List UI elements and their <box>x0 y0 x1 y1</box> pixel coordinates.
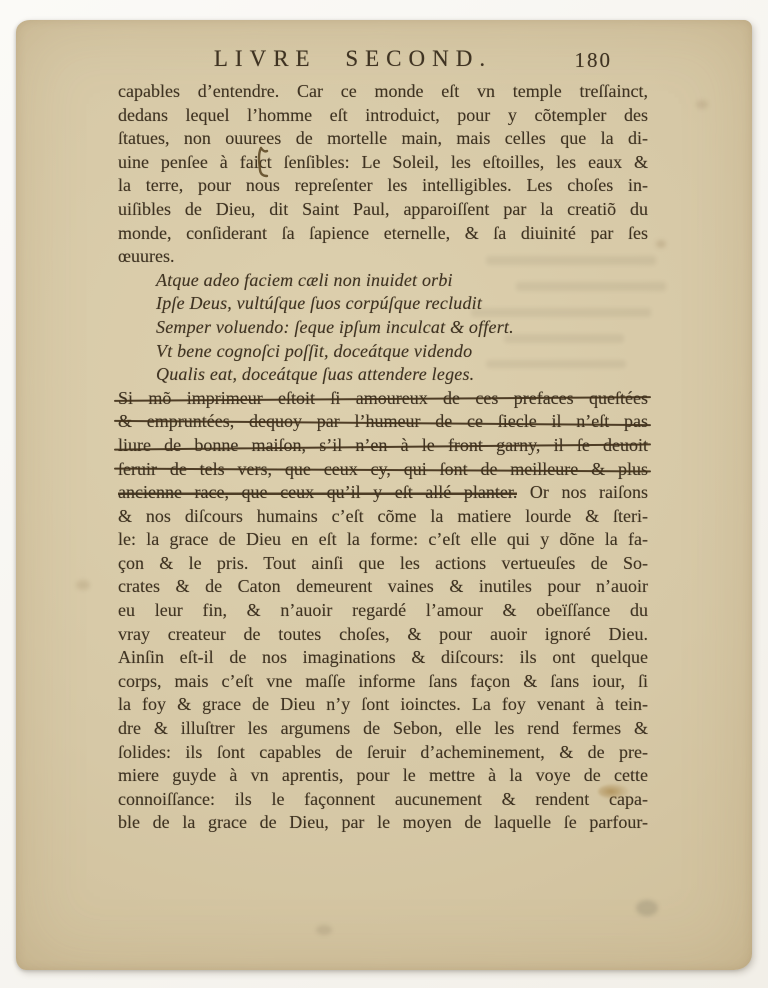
text-line: Si mõ imprimeur eſtoit ſi amoureux de ce… <box>118 387 648 411</box>
paper-stain <box>656 240 666 248</box>
text-line: dedans lequel l’homme eſt introduict, po… <box>118 104 648 128</box>
struck-out-passage: Si mõ imprimeur eſtoit ſi amoureux de ce… <box>118 387 648 481</box>
text-fragment: Or nos raiſons <box>517 482 648 502</box>
running-head: LIVRE SECOND. 180 <box>118 46 648 78</box>
text-line: Atque adeo faciem cæli non inuidet orbi <box>118 269 648 293</box>
paragraph-two: & nos diſcours humains c’eſt cõme la mat… <box>118 505 648 835</box>
text-line: & nos diſcours humains c’eſt cõme la mat… <box>118 505 648 529</box>
latin-verse: Atque adeo faciem cæli non inuidet orbiI… <box>118 269 648 387</box>
text-line: capables d’entendre. Car ce monde eſt vn… <box>118 80 648 104</box>
text-line: corps, mais c’eſt vne maſſe informe ſans… <box>118 670 648 694</box>
text-line: çon & le pris. Tout ainſi que les action… <box>118 552 648 576</box>
text-line: crates & de Caton demeurent vaines & inu… <box>118 575 648 599</box>
text-line: eu leur fin, & n’auoir regardé l’amour &… <box>118 599 648 623</box>
pen-correction-mark <box>252 146 270 180</box>
book-page: LIVRE SECOND. 180 capables d’entendre. C… <box>16 20 752 970</box>
book-scan: LIVRE SECOND. 180 capables d’entendre. C… <box>0 0 768 988</box>
text-line: la terre, pour nous repreſenter les inte… <box>118 174 648 198</box>
text-line: Ainſin eſt-il de nos imaginations & diſc… <box>118 646 648 670</box>
book-title-header: LIVRE SECOND. <box>118 46 588 72</box>
paper-stain <box>636 900 658 916</box>
text-line: uiſibles de Dieu, dit Saint Paul, apparo… <box>118 198 648 222</box>
text-line: Vt bene cognoſci poſſit, doceátque viden… <box>118 340 648 364</box>
page-number: 180 <box>575 48 613 73</box>
struck-text-fragment: ancienne race, que ceux qu’il y eſt allé… <box>118 482 517 502</box>
text-line: monde, conſiderant ſa ſapience eternelle… <box>118 222 648 246</box>
text-line: Qualis eat, doceátque ſuas attendere leg… <box>118 363 648 387</box>
text-line-mixed: ancienne race, que ceux qu’il y eſt allé… <box>118 481 648 505</box>
text-line: œuures. <box>118 245 648 269</box>
text-line: & empruntées, dequoy par l’humeur de ce … <box>118 410 648 434</box>
text-line: Semper voluendo: ſeque ipſum inculcat & … <box>118 316 648 340</box>
text-line: vray createur de toutes choſes, & pour a… <box>118 623 648 647</box>
paper-stain <box>76 580 90 590</box>
text-line: miere guyde à vn aprentis, pour le mettr… <box>118 764 648 788</box>
text-line: le: la grace de Dieu en eſt la forme: c’… <box>118 528 648 552</box>
ink-smudge <box>598 784 630 799</box>
paragraph-one: capables d’entendre. Car ce monde eſt vn… <box>118 80 648 269</box>
text-line: connoiſſance: ils le façonnent aucunemen… <box>118 788 648 812</box>
text-block: capables d’entendre. Car ce monde eſt vn… <box>118 80 648 835</box>
paper-stain <box>316 925 332 935</box>
text-line: ble de la grace de Dieu, par le moyen de… <box>118 811 648 835</box>
text-line: la foy & grace de Dieu n’y ſont ioinctes… <box>118 693 648 717</box>
text-line: Ipſe Deus, vultúſque ſuos corpúſque recl… <box>118 292 648 316</box>
text-line: ſolides: ils ſont capables de ſeruir d’a… <box>118 741 648 765</box>
text-line: uine penſee à faict ſenſibles: Le Soleil… <box>118 151 648 175</box>
text-line: dre & illuſtrer les argumens de Sebon, e… <box>118 717 648 741</box>
paper-stain <box>696 100 708 109</box>
text-line: ſtatues, non ouurees de mortelle main, m… <box>118 127 648 151</box>
text-line: liure de bonne maiſon, s’il n’en à le fr… <box>118 434 648 458</box>
text-line: ſeruir de tels vers, que ceux cy, qui ſo… <box>118 458 648 482</box>
